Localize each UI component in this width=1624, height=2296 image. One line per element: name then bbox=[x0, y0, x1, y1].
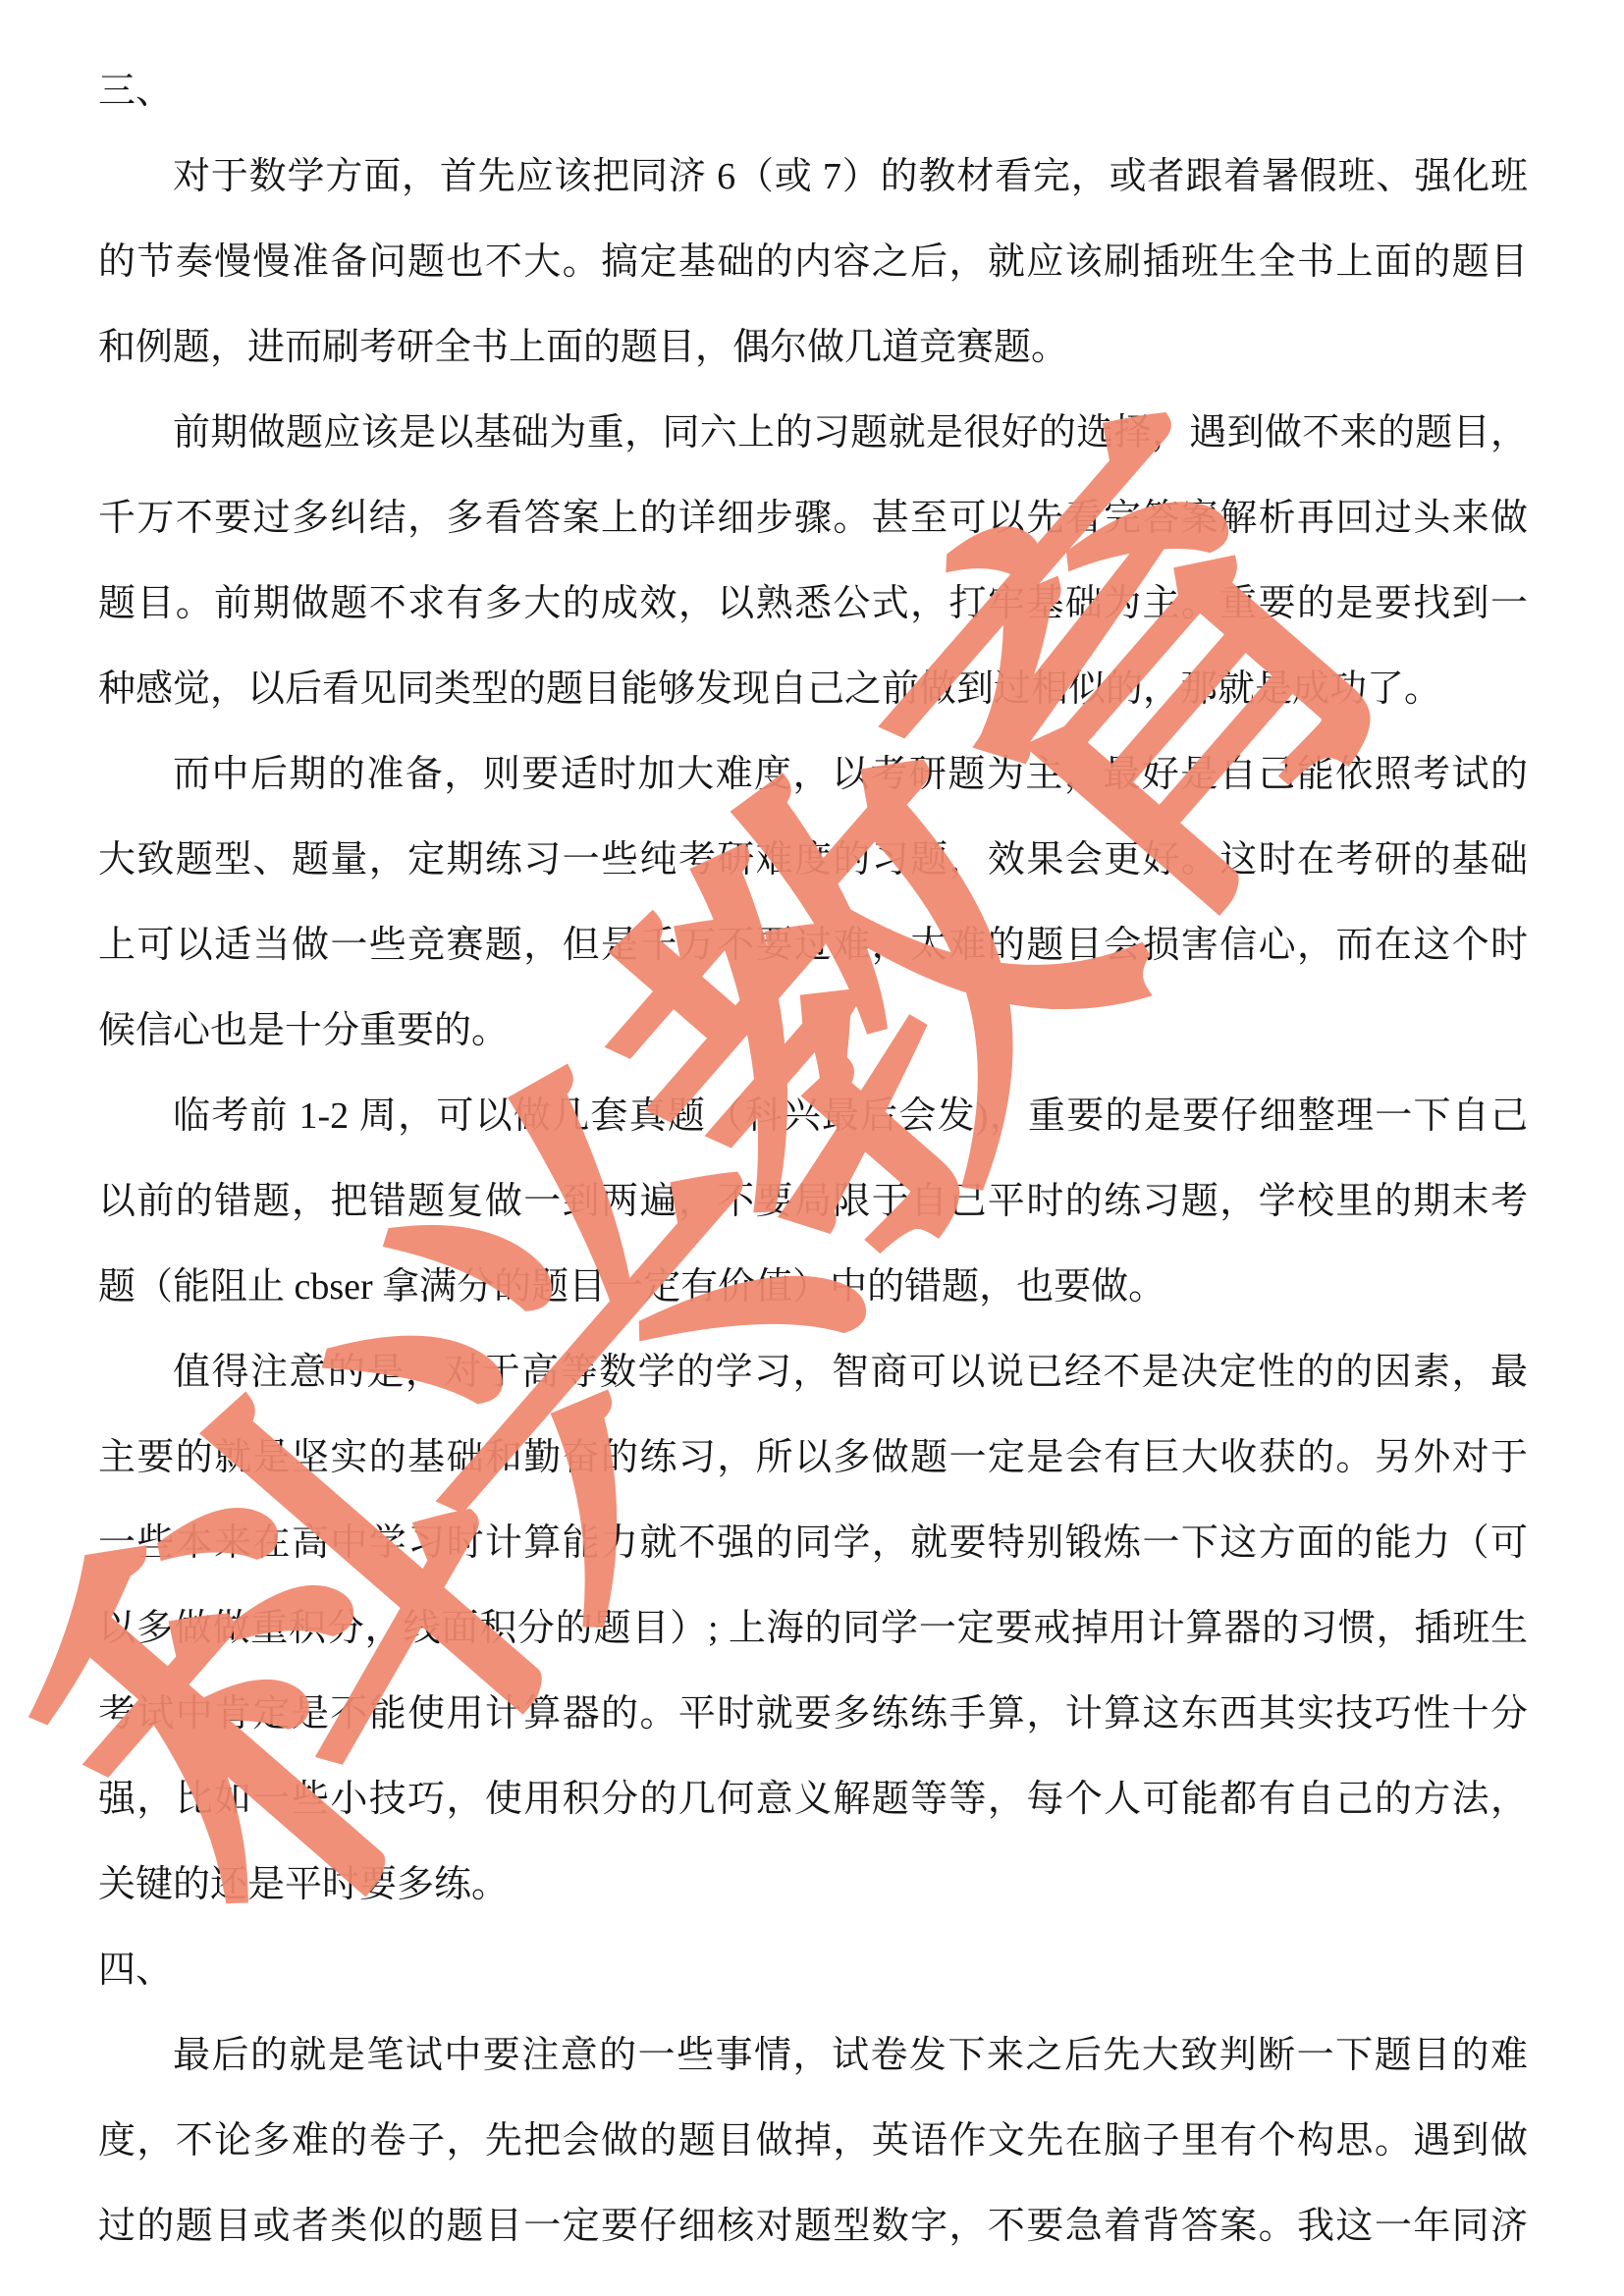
text-line: 考试中肯定是不能使用计算器的。平时就要多练练手算，计算这东西其实技巧性十分 bbox=[98, 1672, 1528, 1757]
text-line: 题目。前期做题不求有多大的成效，以熟悉公式，打牢基础为主。重要的是要找到一 bbox=[98, 561, 1528, 647]
text-line: 上可以适当做一些竞赛题，但是千万不要过难，太难的题目会损害信心，而在这个时 bbox=[98, 903, 1528, 988]
text-line: 最后的就是笔试中要注意的一些事情，试卷发下来之后先大致判断一下题目的难 bbox=[98, 2013, 1528, 2099]
section-marker: 四、 bbox=[98, 1928, 1528, 2013]
text-line: 千万不要过多纠结，多看答案上的详细步骤。甚至可以先看完答案解析再回过头来做 bbox=[98, 476, 1528, 561]
text-line: 和例题，进而刷考研全书上面的题目，偶尔做几道竞赛题。 bbox=[98, 305, 1528, 391]
text-line: 强，比如一些小技巧，使用积分的几何意义解题等等，每个人可能都有自己的方法， bbox=[98, 1757, 1528, 1842]
text-line: 前期做题应该是以基础为重，同六上的习题就是很好的选择，遇到做不来的题目， bbox=[98, 391, 1528, 476]
text-line: 以多做做重积分，线面积分的题目）; 上海的同学一定要戒掉用计算器的习惯，插班生 bbox=[98, 1586, 1528, 1672]
text-line: 种感觉，以后看见同类型的题目能够发现自己之前做到过相似的，那就是成功了。 bbox=[98, 647, 1528, 732]
text-line: 以前的错题，把错题复做一到两遍，不要局限于自己平时的练习题，学校里的期末考 bbox=[98, 1159, 1528, 1245]
text-line: 一些本来在高中学习时计算能力就不强的同学，就要特别锻炼一下这方面的能力（可 bbox=[98, 1501, 1528, 1586]
section-marker: 三、 bbox=[98, 49, 1528, 134]
text-line: 值得注意的是，对于高等数学的学习，智商可以说已经不是决定性的的因素，最 bbox=[98, 1330, 1528, 1415]
text-line: 的节奏慢慢准备问题也不大。搞定基础的内容之后，就应该刷插班生全书上面的题目 bbox=[98, 220, 1528, 305]
text-line: 候信心也是十分重要的。 bbox=[98, 988, 1528, 1074]
text-line: 过的题目或者类似的题目一定要仔细核对题型数字，不要急着背答案。我这一年同济 bbox=[98, 2184, 1528, 2269]
text-line: 对于数学方面，首先应该把同济 6（或 7）的教材看完，或者跟着暑假班、强化班 bbox=[98, 134, 1528, 220]
text-line: 关键的还是平时要多练。 bbox=[98, 1842, 1528, 1928]
text-line: 度，不论多难的卷子，先把会做的题目做掉，英语作文先在脑子里有个构思。遇到做 bbox=[98, 2099, 1528, 2184]
text-line: 临考前 1-2 周，可以做几套真题（科兴最后会发)，重要的是要仔细整理一下自己 bbox=[98, 1074, 1528, 1159]
text-line: 大致题型、题量，定期练习一些纯考研难度的习题，效果会更好。这时在考研的基础 bbox=[98, 818, 1528, 903]
text-line: 而中后期的准备，则要适时加大难度，以考研题为主，最好是自己能依照考试的 bbox=[98, 732, 1528, 818]
text-line: 主要的就是坚实的基础和勤奋的练习，所以多做题一定是会有巨大收获的。另外对于 bbox=[98, 1415, 1528, 1501]
document-content: 三、对于数学方面，首先应该把同济 6（或 7）的教材看完，或者跟着暑假班、强化班… bbox=[98, 49, 1528, 2269]
text-line: 题（能阻止 cbser 拿满分的题目一定有价值）中的错题，也要做。 bbox=[98, 1245, 1528, 1330]
document-page: 三、对于数学方面，首先应该把同济 6（或 7）的教材看完，或者跟着暑假班、强化班… bbox=[0, 0, 1624, 2296]
